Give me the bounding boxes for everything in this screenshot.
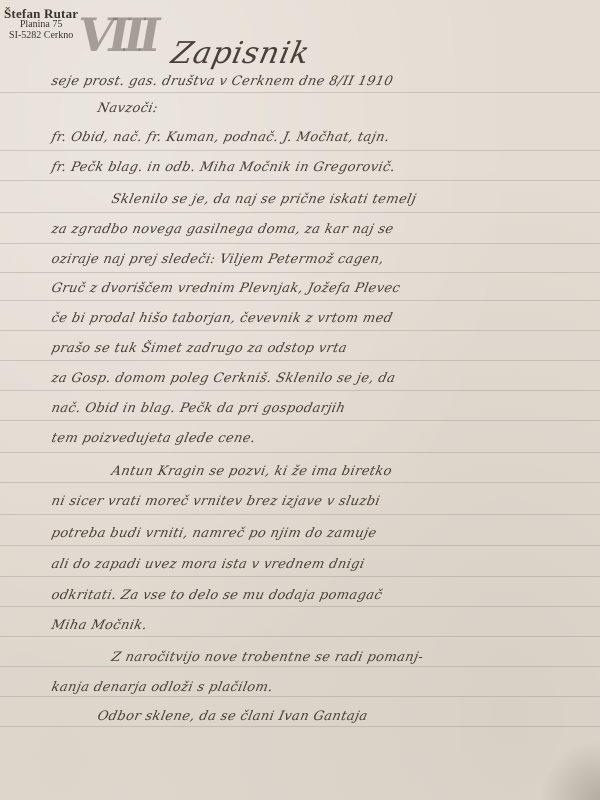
text-line: prašo se tuk Šimet zadrugo za odstop vrt… [50, 341, 348, 356]
document-page: Štefan Rutar Planina 75 SI-5282 Cerkno V… [0, 0, 600, 800]
text-line: Navzoči: [96, 101, 159, 116]
ruled-line [0, 272, 600, 273]
text-line: seje prost. gas. društva v Cerknem dne 8… [50, 74, 395, 89]
ruled-line [0, 696, 600, 697]
roman-numeral-mark: VIII [73, 8, 145, 66]
ruled-line [0, 452, 600, 453]
text-line: fr. Pečk blag. in odb. Miha Močnik in Gr… [50, 160, 397, 175]
text-line: za Gosp. domom poleg Cerkniš. Sklenilo s… [50, 371, 397, 386]
text-line: za zgradbo novega gasilnega doma, za kar… [50, 222, 395, 237]
ruled-line [0, 330, 600, 331]
document-title: Zapisnik [168, 36, 313, 71]
text-line: Gruč z dvoriščem vrednim Plevnjak, Jožef… [50, 281, 402, 296]
text-line: odkritati. Za vse to delo se mu dodaja p… [50, 588, 384, 603]
text-line: Sklenilo se je, da naj se prične iskati … [110, 192, 418, 207]
ruled-line [0, 514, 600, 515]
ruled-line [0, 390, 600, 391]
stamp-city: SI-5282 Cerkno [4, 30, 78, 41]
ruled-line [0, 212, 600, 213]
text-line: Odbor sklene, da se člani Ivan Gantaja [96, 709, 369, 724]
ruled-line [0, 666, 600, 667]
ruled-line [0, 243, 600, 244]
text-line: Antun Kragin se pozvi, ki že ima biretko [110, 464, 394, 479]
text-line: oziraje naj prej sledeči: Viljem Petermo… [50, 252, 386, 267]
ruled-line [0, 576, 600, 577]
ruled-line [0, 420, 600, 421]
stamp-name: Štefan Rutar [4, 8, 78, 19]
text-line: ali do zapadi uvez mora ista v vrednem d… [50, 557, 366, 572]
ruled-line [0, 606, 600, 607]
ruled-line [0, 180, 600, 181]
ruled-line [0, 482, 600, 483]
paper-stain [540, 740, 600, 800]
text-line: Miha Močnik. [50, 618, 149, 633]
text-line: nač. Obid in blag. Pečk da pri gospodarj… [50, 401, 347, 416]
text-line: ni sicer vrati moreč vrnitev brez izjave… [50, 494, 382, 509]
text-line: tem poizvedujeta glede cene. [50, 431, 257, 446]
ruled-line [0, 300, 600, 301]
ruled-line [0, 545, 600, 546]
ruled-line [0, 150, 600, 151]
archive-stamp: Štefan Rutar Planina 75 SI-5282 Cerkno [4, 8, 78, 41]
ruled-line [0, 726, 600, 727]
text-line: kanja denarja odloži s plačilom. [50, 680, 274, 695]
ruled-line [0, 92, 600, 93]
text-line: potreba budi vrniti, namreč po njim do z… [50, 526, 378, 541]
text-line: če bi prodal hišo taborjan, čevevnik z v… [50, 311, 394, 326]
text-line: fr. Obid, nač. fr. Kuman, podnač. J. Moč… [50, 130, 391, 145]
ruled-line [0, 636, 600, 637]
ruled-line [0, 360, 600, 361]
text-line: Z naročitvijo nove trobentne se radi pom… [110, 650, 425, 665]
